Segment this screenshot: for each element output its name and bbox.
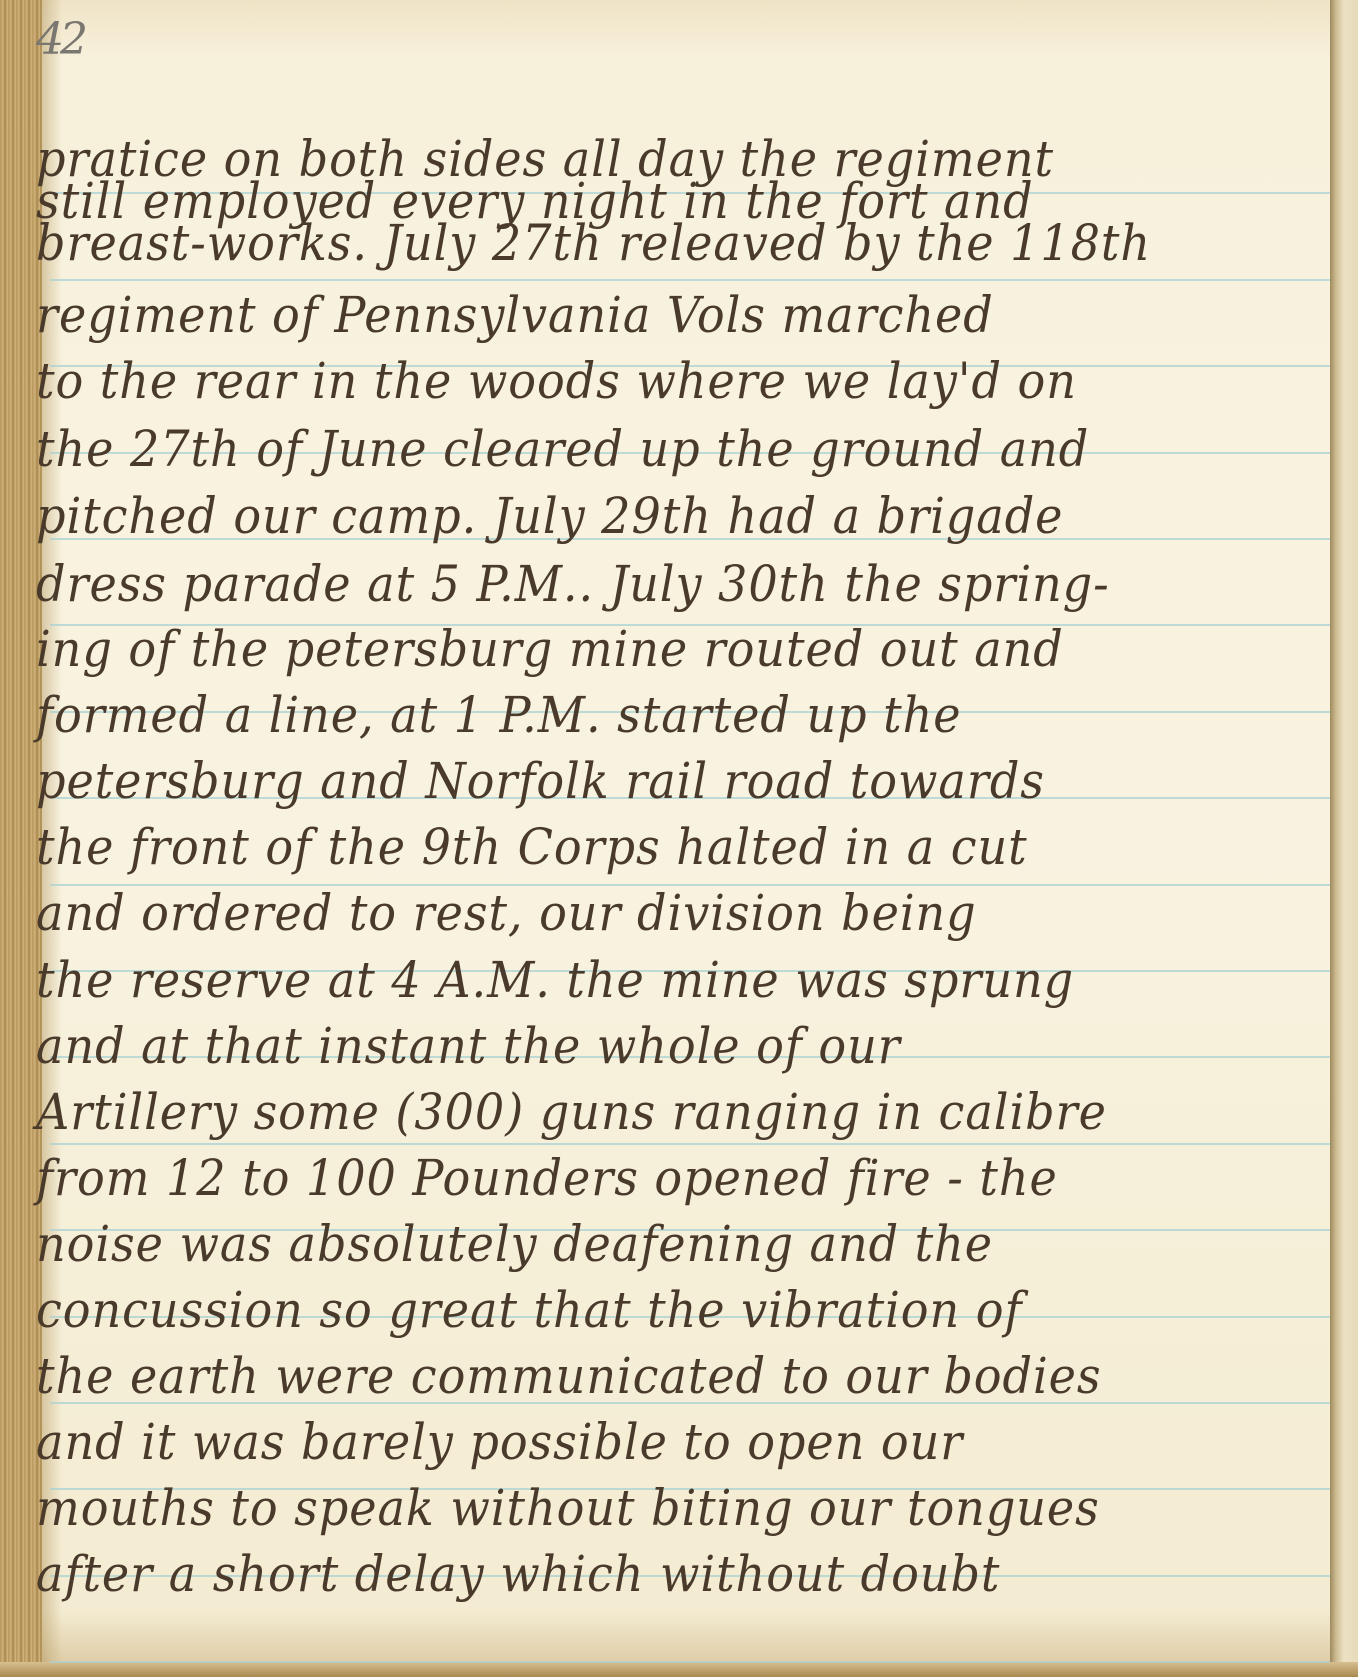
- ruled-line: [50, 1143, 1330, 1145]
- next-page-edge: [1330, 0, 1358, 1677]
- text-line: regiment of Pennsylvania Vols marched: [36, 286, 1236, 344]
- text-line: and ordered to rest, our division being: [36, 884, 1236, 942]
- text-line: petersburg and Norfolk rail road towards: [36, 752, 1236, 810]
- ruled-line: [50, 279, 1330, 281]
- text-line: ing of the petersburg mine routed out an…: [36, 620, 1236, 678]
- text-line: the earth were communicated to our bodie…: [36, 1347, 1236, 1405]
- ruled-line: [50, 1661, 1330, 1663]
- text-line: after a short delay which without doubt: [36, 1545, 1236, 1603]
- text-line: and at that instant the whole of our: [36, 1017, 1236, 1075]
- text-line: to the rear in the woods where we lay'd …: [36, 352, 1236, 410]
- text-line: and it was barely possible to open our: [36, 1413, 1236, 1471]
- text-line: dress parade at 5 P.M.. July 30th the sp…: [36, 555, 1236, 613]
- notebook-page: 42 pratice on both sides all day the reg…: [0, 0, 1358, 1677]
- text-line: pitched our camp. July 29th had a brigad…: [36, 487, 1236, 545]
- text-line: breast-works. July 27th releaved by the …: [36, 214, 1236, 272]
- text-line: the reserve at 4 A.M. the mine was sprun…: [36, 951, 1236, 1009]
- text-line: formed a line, at 1 P.M. started up the: [36, 686, 1236, 744]
- text-line: concussion so great that the vibration o…: [36, 1281, 1236, 1339]
- text-line: noise was absolutely deafening and the: [36, 1215, 1236, 1273]
- text-line: the front of the 9th Corps halted in a c…: [36, 818, 1236, 876]
- page-bottom-edge: [0, 1662, 1358, 1677]
- text-line: Artillery some (300) guns ranging in cal…: [36, 1083, 1236, 1141]
- page-number: 42: [36, 14, 84, 65]
- text-line: from 12 to 100 Pounders opened fire - th…: [36, 1149, 1236, 1207]
- text-line: the 27th of June cleared up the ground a…: [36, 420, 1236, 478]
- text-line: mouths to speak without biting our tongu…: [36, 1479, 1236, 1537]
